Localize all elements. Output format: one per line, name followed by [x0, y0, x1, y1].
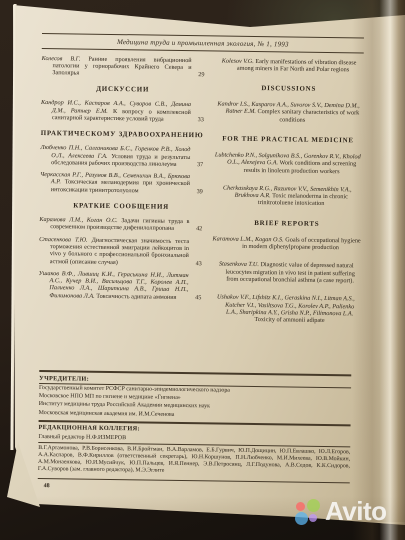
toc-entry: Колесов В.Г. Ранние проявления вибрацион…	[41, 54, 204, 78]
entry-page-number: 42	[196, 226, 202, 233]
toc-entry: Любченко П.Н., Салганикова Б.С., Горенко…	[40, 144, 203, 168]
section-heading: FOR THE PRACTICAL MEDICINE	[213, 135, 362, 144]
entry-title: Токсичность адипата аммония	[96, 293, 176, 301]
entry-page-number: 37	[197, 161, 203, 168]
entry-page-number: 33	[198, 116, 204, 123]
logo-dot-green	[307, 499, 320, 512]
toc-entry: Стасенкова Т.Ю. Диагностическая значимос…	[39, 236, 202, 267]
entry-page-number: 45	[195, 294, 201, 301]
entry-authors: Kolesov V.G.	[222, 57, 254, 64]
avito-watermark: Avito	[295, 496, 387, 527]
toc-entry: Lubtchenko P.N., Solgunikova B.S., Goren…	[213, 151, 362, 175]
logo-dot-red	[296, 502, 305, 511]
section-heading: КРАТКИЕ СООБЩЕНИЯ	[40, 202, 203, 211]
toc-entry: Ушаков В.Ф., Лившиц К.И., Гераськина Н.И…	[38, 270, 201, 301]
entry-authors: Karamova L.M., Kogan O.S.	[213, 235, 284, 243]
entry-page-number: 43	[196, 260, 202, 267]
entry-page-number: 39	[197, 188, 203, 195]
toc-entry: Карамова Л.М., Коган О.С. Задачи гигиены…	[39, 216, 202, 233]
toc-entry: Karamova L.M., Kogan O.S. Goals of occup…	[212, 235, 361, 252]
logo-dot-blue	[295, 512, 308, 525]
toc-column-russian: Колесов В.Г. Ранние проявления вибрацион…	[38, 54, 205, 333]
entry-page-number: 29	[198, 71, 204, 78]
section-heading: ПРАКТИЧЕСКОМУ ЗДРАВООХРАНЕНИЮ	[41, 130, 204, 139]
entry-authors: Стасенкова Т.Ю.	[39, 236, 88, 244]
toc-entry: Stasenkova T.U. Diagnostic value of depr…	[212, 261, 361, 285]
toc-entry: Kolesov V.G. Early manifestations of vib…	[214, 57, 363, 74]
toc-entry: Ushakov V.F., Lifshitz K.I., Geraskina N…	[211, 294, 360, 325]
entry-title: Toxicity of ammonii adipate	[254, 316, 324, 324]
avito-logo-icon	[295, 499, 321, 525]
toc-entry: Kandror I.S., Kasparov A.A., Suvorov S.V…	[214, 101, 363, 125]
toc-column-english: Kolesov V.G. Early manifestations of vib…	[211, 57, 364, 336]
entry-authors: Ushakov V.F., Lifshitz K.I., Geraskina N…	[217, 294, 355, 317]
colophon: УЧРЕДИТЕЛИ: Государственный комитет РСФС…	[38, 370, 352, 493]
entry-title: Early manifestations of vibration diseas…	[237, 57, 357, 73]
entry-title: Toxic melanoderma in chronic trinitrotol…	[258, 192, 348, 207]
photo-background: Медицина труда и промышленная экология, …	[0, 0, 405, 540]
entry-authors: Колесов В.Г.	[42, 54, 81, 62]
toc-entry: Черкасская Р.Г., Разумов В.В., Семенихин…	[40, 171, 203, 195]
section-heading: ДИСКУССИИ	[41, 85, 204, 94]
section-heading: DISCUSSIONS	[214, 85, 363, 94]
section-heading: BRIEF REPORTS	[212, 219, 361, 228]
toc-columns: Колесов В.Г. Ранние проявления вибрацион…	[38, 54, 364, 335]
logo-dot-purple	[309, 514, 317, 522]
page-content: Медицина труда и промышленная экология, …	[38, 33, 364, 336]
founders-list: Государственный комитет РСФСР санитарно-…	[39, 384, 351, 421]
watermark-label: Avito	[325, 496, 387, 527]
entry-title: Токсическая меланодермия при хронической…	[51, 179, 190, 194]
toc-entry: Cherkasskaya R.G., Razumov V.V., Semenik…	[213, 184, 362, 208]
toc-entry: Кандрор И.С., Каспаров А.А., Суворов С.В…	[41, 99, 204, 123]
entry-title: Complex sanitary characteristics of work…	[257, 108, 359, 123]
board-members: В.Г.Артамонова, Р.В.Борисенкова, В.И.Бро…	[38, 445, 350, 478]
